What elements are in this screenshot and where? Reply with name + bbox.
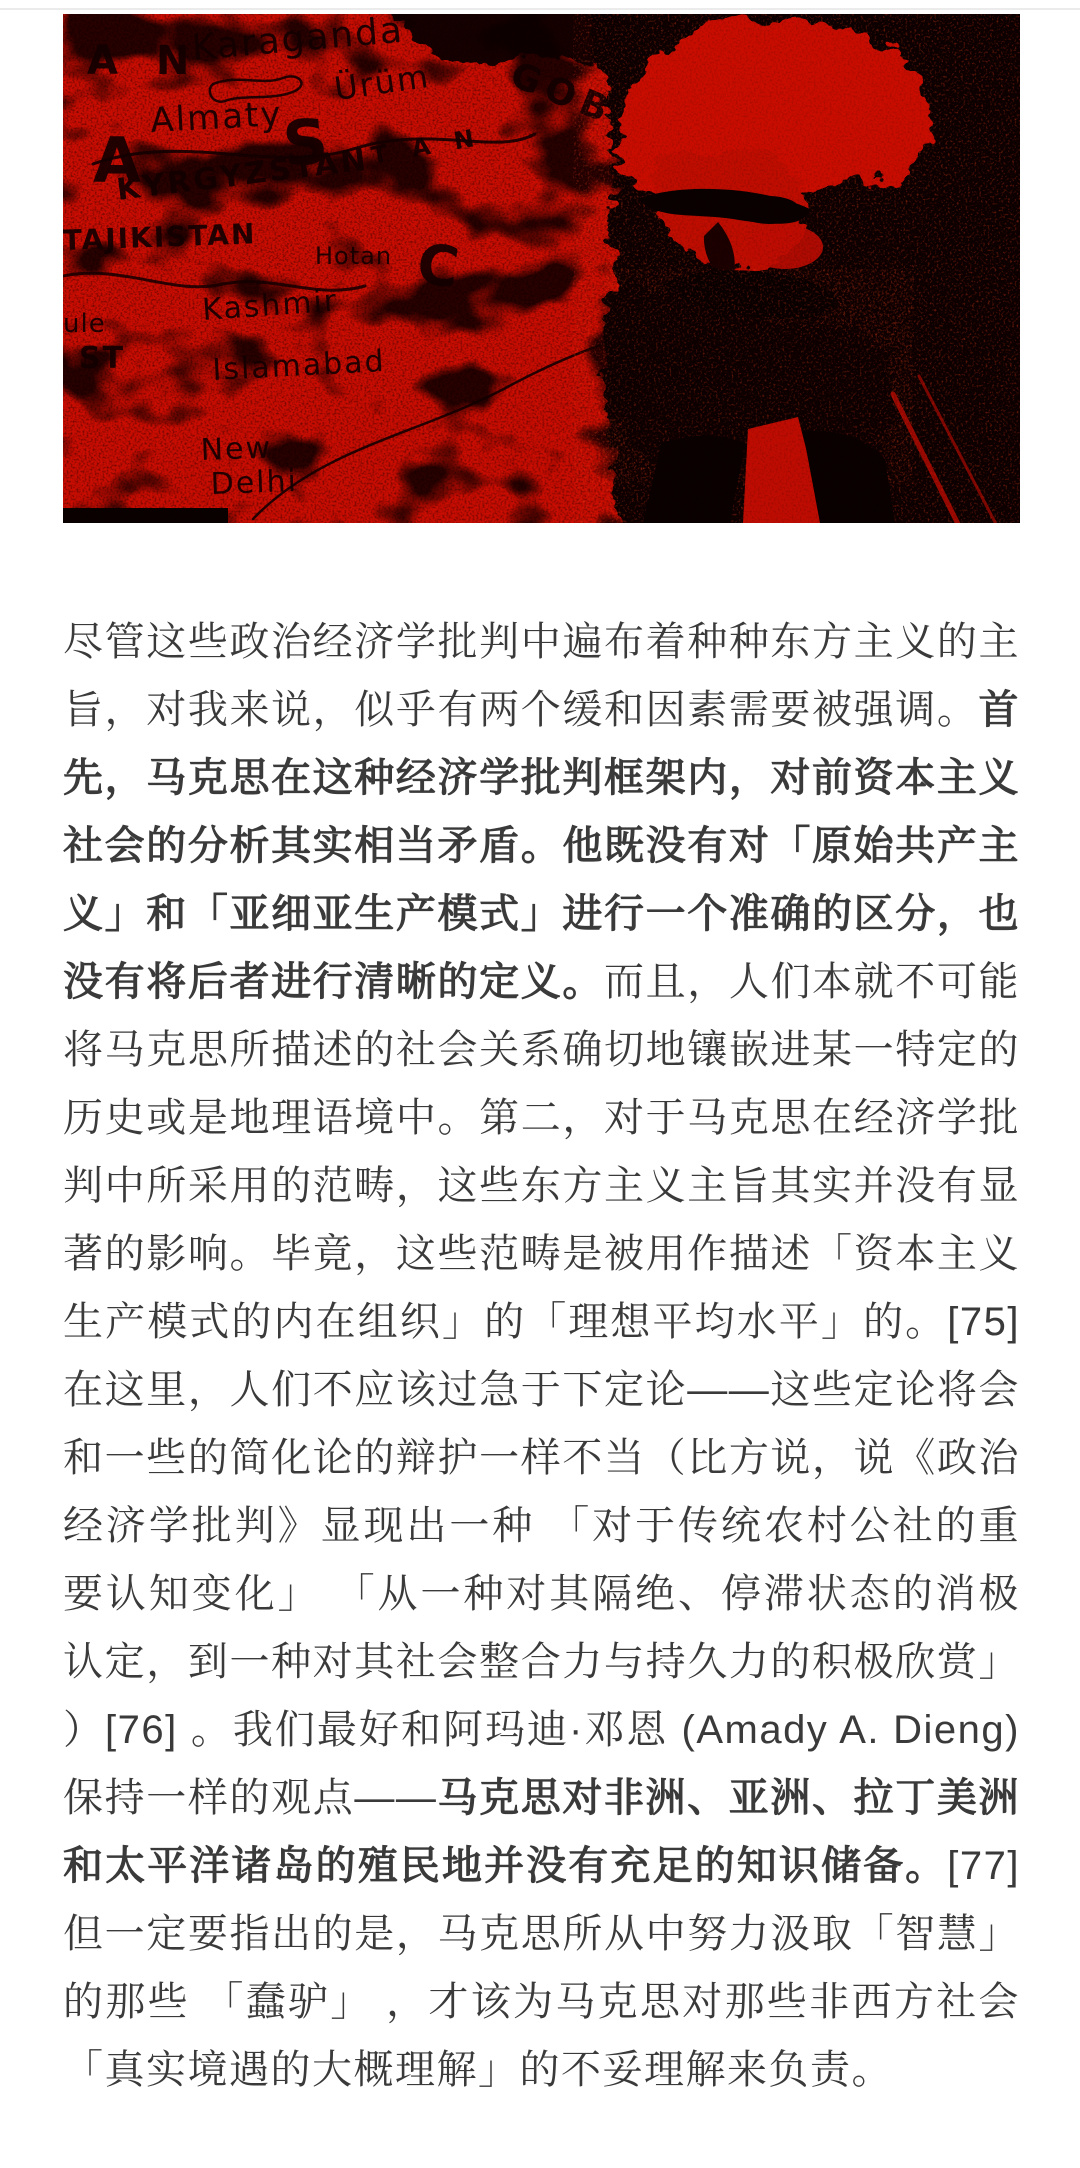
hero-image-container[interactable]: A NKaragandaÜrümGOBIAlmatyAST A NKYRGYZS… [63, 14, 1020, 523]
paragraph-run: 而且，人们本就不可能将马克思所描述的社会关系确切地镶嵌进某一特定的历史或是地理语… [63, 960, 1020, 1820]
article-paragraph: 尽管这些政治经济学批判中遍布着种种东方主义的主旨，对我来说，似乎有两个缓和因素需… [63, 608, 1020, 2104]
image-grain-overlay [63, 14, 1020, 523]
paragraph-run: 尽管这些政治经济学批判中遍布着种种东方主义的主旨，对我来说，似乎有两个缓和因素需… [63, 620, 1020, 732]
paragraph-run: 首先，马克思在这种经济学批判框架内，对前资本主义社会的分析其实相当矛盾。他既没有… [63, 688, 1020, 1004]
top-divider [0, 8, 1080, 10]
article-page: A NKaragandaÜrümGOBIAlmatyAST A NKYRGYZS… [0, 0, 1080, 2168]
hero-image[interactable]: A NKaragandaÜrümGOBIAlmatyAST A NKYRGYZS… [63, 14, 1020, 523]
